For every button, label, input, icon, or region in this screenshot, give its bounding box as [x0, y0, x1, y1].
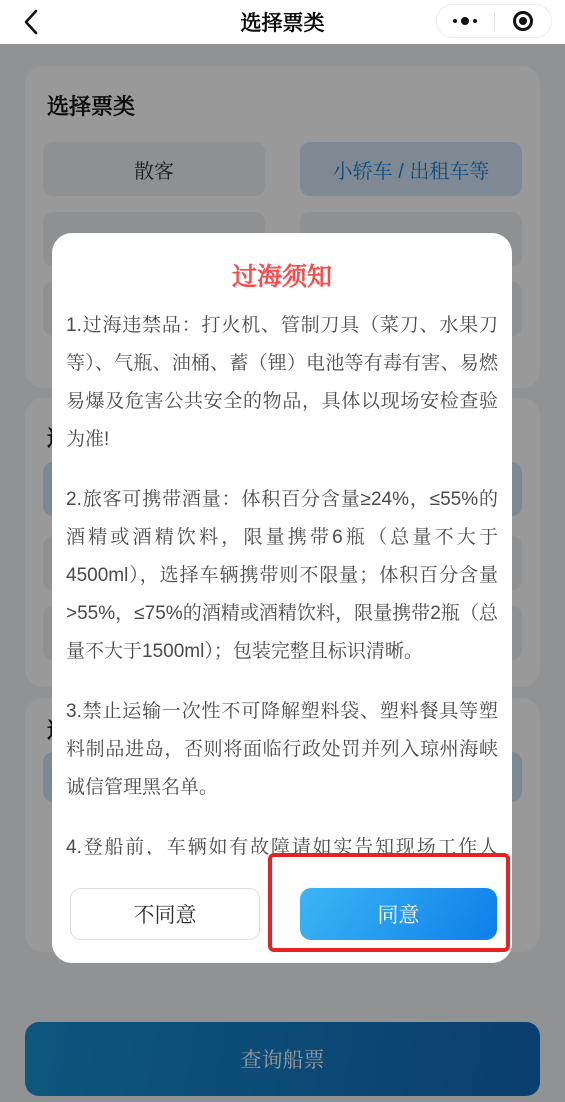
more-menu-button[interactable] [437, 5, 494, 37]
agree-label: 同意 [378, 899, 420, 929]
navigation-bar: 选择票类 [0, 0, 565, 44]
agree-button[interactable]: 同意 [300, 888, 497, 940]
modal-title: 过海须知 [52, 257, 512, 293]
notice-paragraph-1: 1.过海违禁品：打火机、管制刀具（菜刀、水果刀等）、气瓶、油桶、蓄（锂）电池等有… [66, 307, 498, 459]
disagree-label: 不同意 [134, 899, 197, 929]
target-circle-icon [513, 11, 533, 31]
disagree-button[interactable]: 不同意 [70, 888, 260, 940]
modal-notice-text: 1.过海违禁品：打火机、管制刀具（菜刀、水果刀等）、气瓶、油桶、蓄（锂）电池等有… [66, 307, 498, 855]
notice-paragraph-2: 2.旅客可携带酒量：体积百分含量≥24%，≤55%的酒精或酒精饮料，限量携带6瓶… [66, 481, 498, 671]
app-screen: 选择票类 散客 小轿车 / 出租车等 选 选 查询船票 过海须知 1.过海违禁品… [0, 0, 565, 1102]
notice-paragraph-4: 4.登船前，车辆如有故障请如实告知现场工作人员，否则后果自负。 [66, 829, 498, 855]
more-dots-icon [453, 17, 477, 25]
close-minimize-button[interactable] [495, 5, 552, 37]
notice-paragraph-3: 3.禁止运输一次性不可降解塑料袋、塑料餐具等塑料制品进岛，否则将面临行政处罚并列… [66, 693, 498, 807]
sea-crossing-notice-modal: 过海须知 1.过海违禁品：打火机、管制刀具（菜刀、水果刀等）、气瓶、油桶、蓄（锂… [52, 233, 512, 963]
miniprogram-capsule [436, 4, 552, 38]
